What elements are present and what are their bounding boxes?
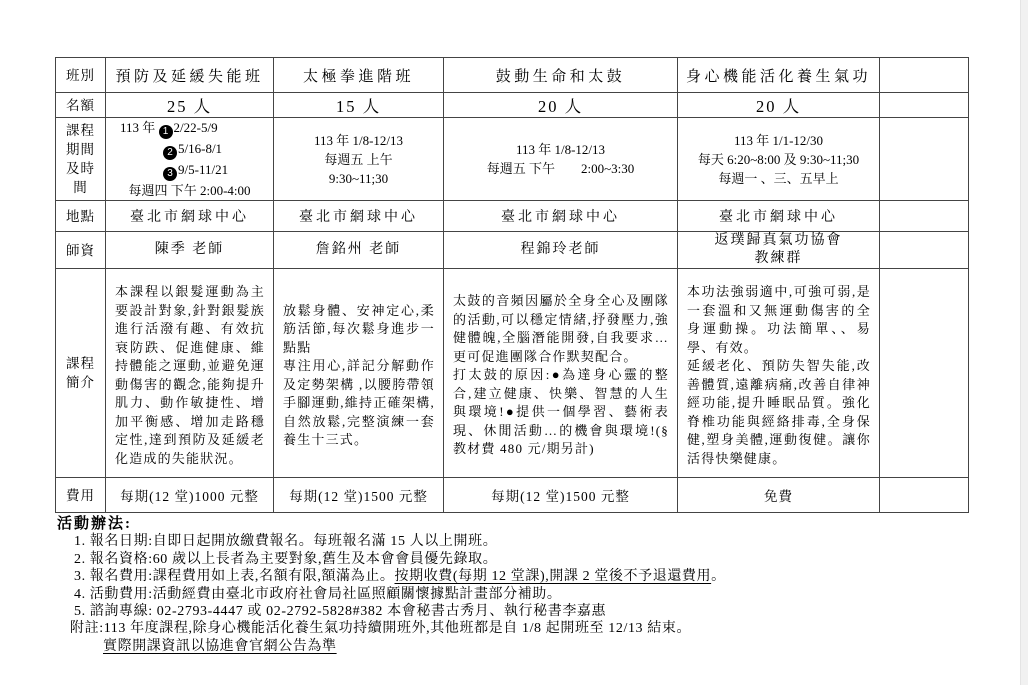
intro-4-paragraph2: 延緩老化、預防失智失能,改善體質,遠離病痛,改善自律神經功能,提升睡眠品質。強化… — [687, 357, 871, 468]
rule-item-4: 4. 活動費用:活動經費由臺北市政府社會局社區照顧關懷據點計畫部分補助。 — [57, 586, 726, 603]
row-period: 課程期間及時間 113 年 12/22-5/9 25/16-8/1 39/5-1… — [56, 118, 969, 201]
row-header-location: 地點 — [56, 201, 106, 232]
period-1-session1: 2/22-5/9 — [174, 120, 218, 135]
row-header-class: 班別 — [56, 58, 106, 93]
row-header-intro: 課程簡介 — [56, 269, 106, 478]
row-header-teacher: 師資 — [56, 232, 106, 269]
course-name-2: 太極拳進階班 — [274, 58, 444, 93]
scrollbar[interactable] — [1020, 0, 1028, 685]
rule-final-note: 實際開課資訊以協進會官網公告為準 — [57, 638, 726, 655]
location-2: 臺北市網球中心 — [274, 201, 444, 232]
period-2-line1: 113 年 1/8-12/13 — [276, 131, 441, 150]
course-name-1: 預防及延緩失能班 — [106, 58, 274, 93]
quota-4: 20 人 — [678, 93, 880, 118]
rule-item-3-text: 3. 報名費用:課程費用如上表,名額有限,額滿為止。 — [74, 569, 395, 584]
row-fee: 費用 每期(12 堂)1000 元整 每期(12 堂)1500 元整 每期(12… — [56, 478, 969, 513]
intro-4: 本功法強弱適中,可強可弱,是一套溫和又無運動傷害的全身運動操。功法簡單、、易學、… — [678, 269, 880, 478]
quota-3: 20 人 — [444, 93, 678, 118]
period-3-line1: 113 年 1/8-12/13 — [446, 140, 675, 159]
period-1-session2: 5/16-8/1 — [178, 141, 222, 156]
row-quota: 名額 25 人 15 人 20 人 20 人 — [56, 93, 969, 118]
rule-item-1: 1. 報名日期:自即日起開放繳費報名。每班報名滿 15 人以上開班。 — [57, 533, 726, 550]
quota-1: 25 人 — [106, 93, 274, 118]
row-header-quota-label: 名額 — [63, 96, 99, 115]
period-1-session3: 9/5-11/21 — [178, 162, 228, 177]
course-name-3: 鼓動生命和太鼓 — [444, 58, 678, 93]
row-header-class-label: 班別 — [63, 66, 99, 85]
teacher-2: 詹銘州 老師 — [274, 232, 444, 269]
row-header-period: 課程期間及時間 — [56, 118, 106, 201]
row-class-name: 班別 預防及延緩失能班 太極拳進階班 鼓動生命和太鼓 身心機能活化養生氣功 — [56, 58, 969, 93]
period-4: 113 年 1/1-12/30 每天 6:20~8:00 及 9:30~11;3… — [678, 118, 880, 201]
location-3: 臺北市網球中心 — [444, 201, 678, 232]
row-teacher: 師資 陳季 老師 詹銘州 老師 程錦玲老師 返璞歸真氣功協會 教練群 — [56, 232, 969, 269]
activity-rules: 活動辦法: 1. 報名日期:自即日起開放繳費報名。每班報名滿 15 人以上開班。… — [57, 516, 726, 655]
rule-item-3-period: 。 — [711, 569, 726, 584]
period-2: 113 年 1/8-12/13 每週五 上午 9:30~11;30 — [274, 118, 444, 201]
period-1-year: 113 年 — [120, 120, 155, 135]
teacher-4-line1: 返璞歸真氣功協會 — [680, 232, 877, 250]
empty-cell — [880, 58, 969, 93]
empty-cell — [880, 232, 969, 269]
document-page: 班別 預防及延緩失能班 太極拳進階班 鼓動生命和太鼓 身心機能活化養生氣功 名額… — [0, 0, 1028, 685]
empty-cell — [880, 118, 969, 201]
fee-3: 每期(12 堂)1500 元整 — [444, 478, 678, 513]
intro-1-paragraph1: 本課程以銀髮運動為主要設計對象,針對銀髮族進行活潑有趣、有效抗衰防跌、促進健康、… — [115, 283, 265, 468]
teacher-4-line2: 教練群 — [680, 250, 877, 268]
intro-1: 本課程以銀髮運動為主要設計對象,針對銀髮族進行活潑有趣、有效抗衰防跌、促進健康、… — [106, 269, 274, 478]
circled-number-3-icon: 3 — [163, 167, 177, 181]
period-3-line2: 每週五 下午 2:00~3:30 — [446, 159, 675, 178]
period-1-schedule: 每週四 下午 2:00-4:00 — [108, 181, 271, 200]
activity-rules-title: 活動辦法: — [57, 516, 726, 533]
period-2-line2: 每週五 上午 — [276, 150, 441, 169]
fee-1: 每期(12 堂)1000 元整 — [106, 478, 274, 513]
period-1: 113 年 12/22-5/9 25/16-8/1 39/5-11/21 每週四… — [106, 118, 274, 201]
row-header-fee: 費用 — [56, 478, 106, 513]
location-4: 臺北市網球中心 — [678, 201, 880, 232]
empty-cell — [880, 201, 969, 232]
period-2-line3: 9:30~11;30 — [276, 169, 441, 188]
row-header-intro-label: 課程簡介 — [63, 354, 99, 392]
row-header-teacher-label: 師資 — [63, 241, 99, 260]
empty-cell — [880, 93, 969, 118]
period-4-line2: 每天 6:20~8:00 及 9:30~11;30 — [680, 150, 877, 169]
rule-item-2: 2. 報名資格:60 歲以上長者為主要對象,舊生及本會會員優先錄取。 — [57, 551, 726, 568]
period-3: 113 年 1/8-12/13 每週五 下午 2:00~3:30 — [444, 118, 678, 201]
empty-cell — [880, 269, 969, 478]
rule-note: 附註:113 年度課程,除身心機能活化養生氣功持續開班外,其他班都是自 1/8 … — [57, 620, 726, 637]
teacher-4: 返璞歸真氣功協會 教練群 — [678, 232, 880, 269]
intro-3-paragraph2: 打太鼓的原因:●為達身心靈的整合,建立健康、快樂、智慧的人生與環境!●提供一個學… — [453, 366, 669, 459]
row-header-fee-label: 費用 — [63, 486, 99, 505]
period-1-line2: 25/16-8/1 — [108, 139, 271, 160]
intro-2-paragraph2: 專注用心,詳記分解動作及定勢架構 ,以腰胯帶領手腳運動,維持正確架構,自然放鬆,… — [283, 357, 435, 450]
intro-3-paragraph1: 太鼓的音頻因屬於全身全心及團隊的活動,可以穩定情緒,抒發壓力,強健體魄,全腦潛能… — [453, 292, 669, 366]
rule-item-3-underlined-text: 按期收費(每期 12 堂課),開課 2 堂後不予退還費用 — [395, 569, 712, 584]
fee-4: 免費 — [678, 478, 880, 513]
location-1: 臺北市網球中心 — [106, 201, 274, 232]
row-header-quota: 名額 — [56, 93, 106, 118]
intro-2-paragraph1: 放鬆身體、安神定心,柔筋活節,每次鬆身進步一點點 — [283, 302, 435, 358]
course-table: 班別 預防及延緩失能班 太極拳進階班 鼓動生命和太鼓 身心機能活化養生氣功 名額… — [55, 57, 969, 513]
period-1-line3: 39/5-11/21 — [108, 160, 271, 181]
row-intro: 課程簡介 本課程以銀髮運動為主要設計對象,針對銀髮族進行活潑有趣、有效抗衰防跌、… — [56, 269, 969, 478]
fee-2: 每期(12 堂)1500 元整 — [274, 478, 444, 513]
row-header-location-label: 地點 — [63, 207, 99, 226]
row-location: 地點 臺北市網球中心 臺北市網球中心 臺北市網球中心 臺北市網球中心 — [56, 201, 969, 232]
intro-3: 太鼓的音頻因屬於全身全心及團隊的活動,可以穩定情緒,抒發壓力,強健體魄,全腦潛能… — [444, 269, 678, 478]
quota-2: 15 人 — [274, 93, 444, 118]
rule-item-3: 3. 報名費用:課程費用如上表,名額有限,額滿為止。按期收費(每期 12 堂課)… — [57, 568, 726, 585]
intro-2: 放鬆身體、安神定心,柔筋活節,每次鬆身進步一點點 專注用心,詳記分解動作及定勢架… — [274, 269, 444, 478]
intro-4-paragraph1: 本功法強弱適中,可強可弱,是一套溫和又無運動傷害的全身運動操。功法簡單、、易學、… — [687, 283, 871, 357]
period-4-line3: 每週一 、三、五早上 — [680, 169, 877, 188]
period-1-line1: 113 年 12/22-5/9 — [108, 118, 271, 139]
period-4-line1: 113 年 1/1-12/30 — [680, 131, 877, 150]
rule-final-underlined-text: 實際開課資訊以協進會官網公告為準 — [103, 639, 337, 654]
teacher-1: 陳季 老師 — [106, 232, 274, 269]
course-name-4: 身心機能活化養生氣功 — [678, 58, 880, 93]
empty-cell — [880, 478, 969, 513]
circled-number-2-icon: 2 — [163, 146, 177, 160]
rule-item-5: 5. 諮詢專線: 02-2793-4447 或 02-2792-5828#382… — [57, 603, 726, 620]
row-header-period-label: 課程期間及時間 — [63, 121, 99, 197]
teacher-3: 程錦玲老師 — [444, 232, 678, 269]
circled-number-1-icon: 1 — [159, 125, 173, 139]
